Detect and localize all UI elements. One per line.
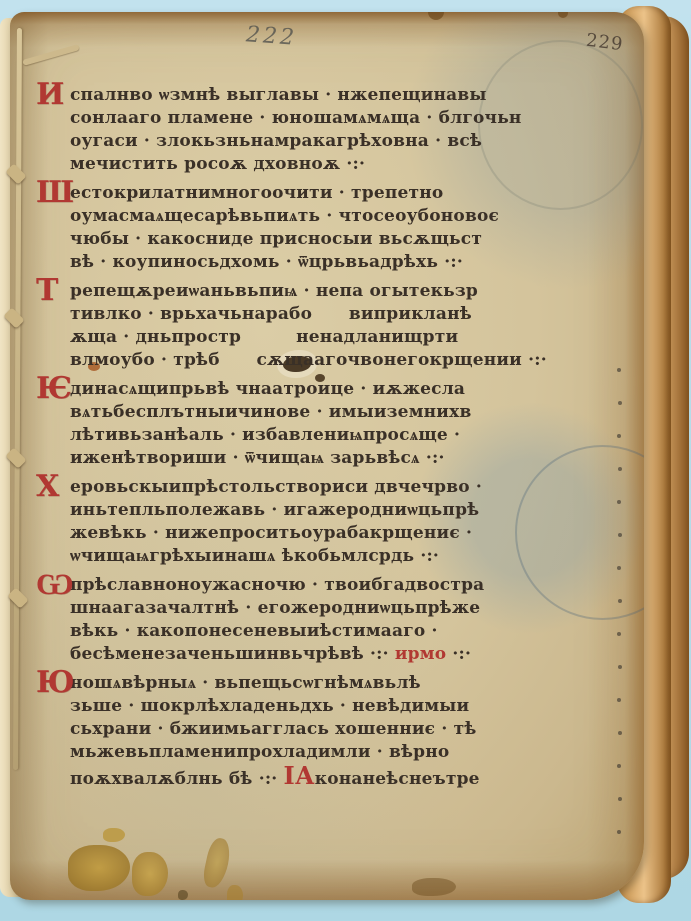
text-line: динасѧщипрьвѣ чнаатроице · иѫжесла (70, 378, 626, 401)
text-line: чюбы · какосниде присносыи вьсѫщьст (70, 228, 626, 251)
pricking-hole (618, 533, 622, 537)
text-line: вѣкь · какопонесеневыиѣстимааго · (70, 620, 626, 643)
text-line: еровьскыипрѣстольствориси двчечрво · (70, 476, 626, 499)
text-line: вѣ · коупиносьдхомь · ѿцрьвьадрѣхь ·:· (70, 251, 626, 274)
text-line: оумасмаѧщесарѣвьпиѧть · чтосеоубоновоє (70, 205, 626, 228)
paragraph: Испалнво ѡзмнѣ выглавы · нжепещинавысонл… (36, 84, 626, 176)
text-line: сьхрани · бжиимьагглась хошенниє · тѣ (70, 718, 626, 741)
text-line: ношѧвѣрныѧ · вьпещьсѡгнѣмѧвьлѣ (70, 672, 626, 695)
pricking-hole (618, 599, 622, 603)
stain (178, 890, 188, 900)
stain (201, 836, 233, 889)
text-line: поѫхвалѫблнь бѣ ·:· ІАконанеѣснеътре (70, 764, 626, 791)
text-line: вѧтьбесплътныичинове · имыиземнихв (70, 401, 626, 424)
stain (132, 852, 168, 896)
text-line: мьжевьпламенипрохладимли · вѣрно (70, 741, 626, 764)
stain (68, 845, 130, 891)
stain (227, 885, 243, 900)
text-line: жевѣкь · нижепроситьоурабакрщениє · (70, 522, 626, 545)
pricking-hole (618, 467, 622, 471)
text-line: сонлааго пламене · юношамѧмѧща · блгочьн (70, 107, 626, 130)
rubric-initial: Ѡ (36, 570, 74, 600)
rubric-initial: И (36, 80, 65, 110)
edge-nick (558, 12, 568, 18)
text-line: ѫща · дньпростр ненадланищрти (70, 326, 626, 349)
paragraph: Херовьскыипрѣстольствориси двчечрво ·инь… (36, 476, 626, 568)
text-line: иньтепльполежавь · игажеродниѡцьпрѣ (70, 499, 626, 522)
text-line: ѡчищаѩгрѣхыинашѧ ѣкобьмлсрдь ·:· (70, 545, 626, 568)
text-line: шнаагазачалтнѣ · егожеродниѡцьпрѣже (70, 597, 626, 620)
text-line: иженѣтвориши · ѿчищаѩ зарьвѣсѧ ·:· (70, 447, 626, 470)
text-line: мечистить росоѫ дховноѫ ·:· (70, 153, 626, 176)
text-line: бесѣменезаченьшинвьчрѣвѣ ·:· ирмо ·:· (70, 643, 626, 666)
text-line: спалнво ѡзмнѣ выглавы · нжепещинавы (70, 84, 626, 107)
paragraph: Трепещѫреиѡаньвьпиѩ · непа огытекьзртивл… (36, 280, 626, 372)
pricking-hole (617, 434, 621, 438)
pricking-hole (617, 632, 621, 636)
pricking-hole (618, 797, 622, 801)
stain (103, 828, 125, 842)
paragraph: Юношѧвѣрныѧ · вьпещьсѡгнѣмѧвьлѣзьше · шо… (36, 672, 626, 791)
text-line: репещѫреиѡаньвьпиѩ · непа огытекьзр (70, 280, 626, 303)
pricking-hole (617, 830, 621, 834)
rubric-initial: Ш (36, 178, 74, 208)
pricking-hole (617, 764, 621, 768)
text-line: оугаси · злокьзньнамракагрѣховна · всѣ (70, 130, 626, 153)
pricking-hole (618, 665, 622, 669)
rubric-initial: Т (36, 276, 59, 306)
pricking-hole (617, 368, 621, 372)
text-line: естокрилатнимногоочити · трепетно (70, 182, 626, 205)
pricking-hole (618, 401, 622, 405)
stain (412, 878, 456, 896)
manuscript-photo: Испалнво ѡзмнѣ выглавы · нжепещинавысонл… (0, 0, 691, 921)
rubric-initial: Х (36, 472, 59, 502)
text-line: тивлко · врьхачьнарабо виприкланѣ (70, 303, 626, 326)
text-line: прѣславноноужасночю · твоибгадвостра (70, 574, 626, 597)
folio-number-pencil: 222 (245, 22, 298, 50)
pricking-hole (617, 698, 621, 702)
rubric-initial: Ѥ (36, 374, 72, 404)
text-line: зьше · шокрлѣхладеньдхь · невѣдимыи (70, 695, 626, 718)
edge-nick (428, 12, 444, 20)
text-line: лѣтивьзанѣаль · избавлениѩпросѧще · (70, 424, 626, 447)
text-line: влмоубо · трѣб сѫщаагочвонегокрщении ·:· (70, 349, 626, 372)
paragraph: Ѡпрѣславноноужасночю · твоибгадвострашна… (36, 574, 626, 666)
folio-number-ink: 229 (585, 30, 625, 55)
pricking-hole (618, 731, 622, 735)
pricking-hole (617, 500, 621, 504)
paragraph: Шестокрилатнимногоочити · трепетнооумасм… (36, 182, 626, 274)
paragraph: Ѥдинасѧщипрьвѣ чнаатроице · иѫжеславѧтьб… (36, 378, 626, 470)
pricking-hole (617, 566, 621, 570)
text-block: Испалнво ѡзмнѣ выглавы · нжепещинавысонл… (36, 84, 626, 797)
rubric-initial: Ю (36, 668, 75, 698)
parchment-page: Испалнво ѡзмнѣ выглавы · нжепещинавысонл… (10, 12, 644, 900)
